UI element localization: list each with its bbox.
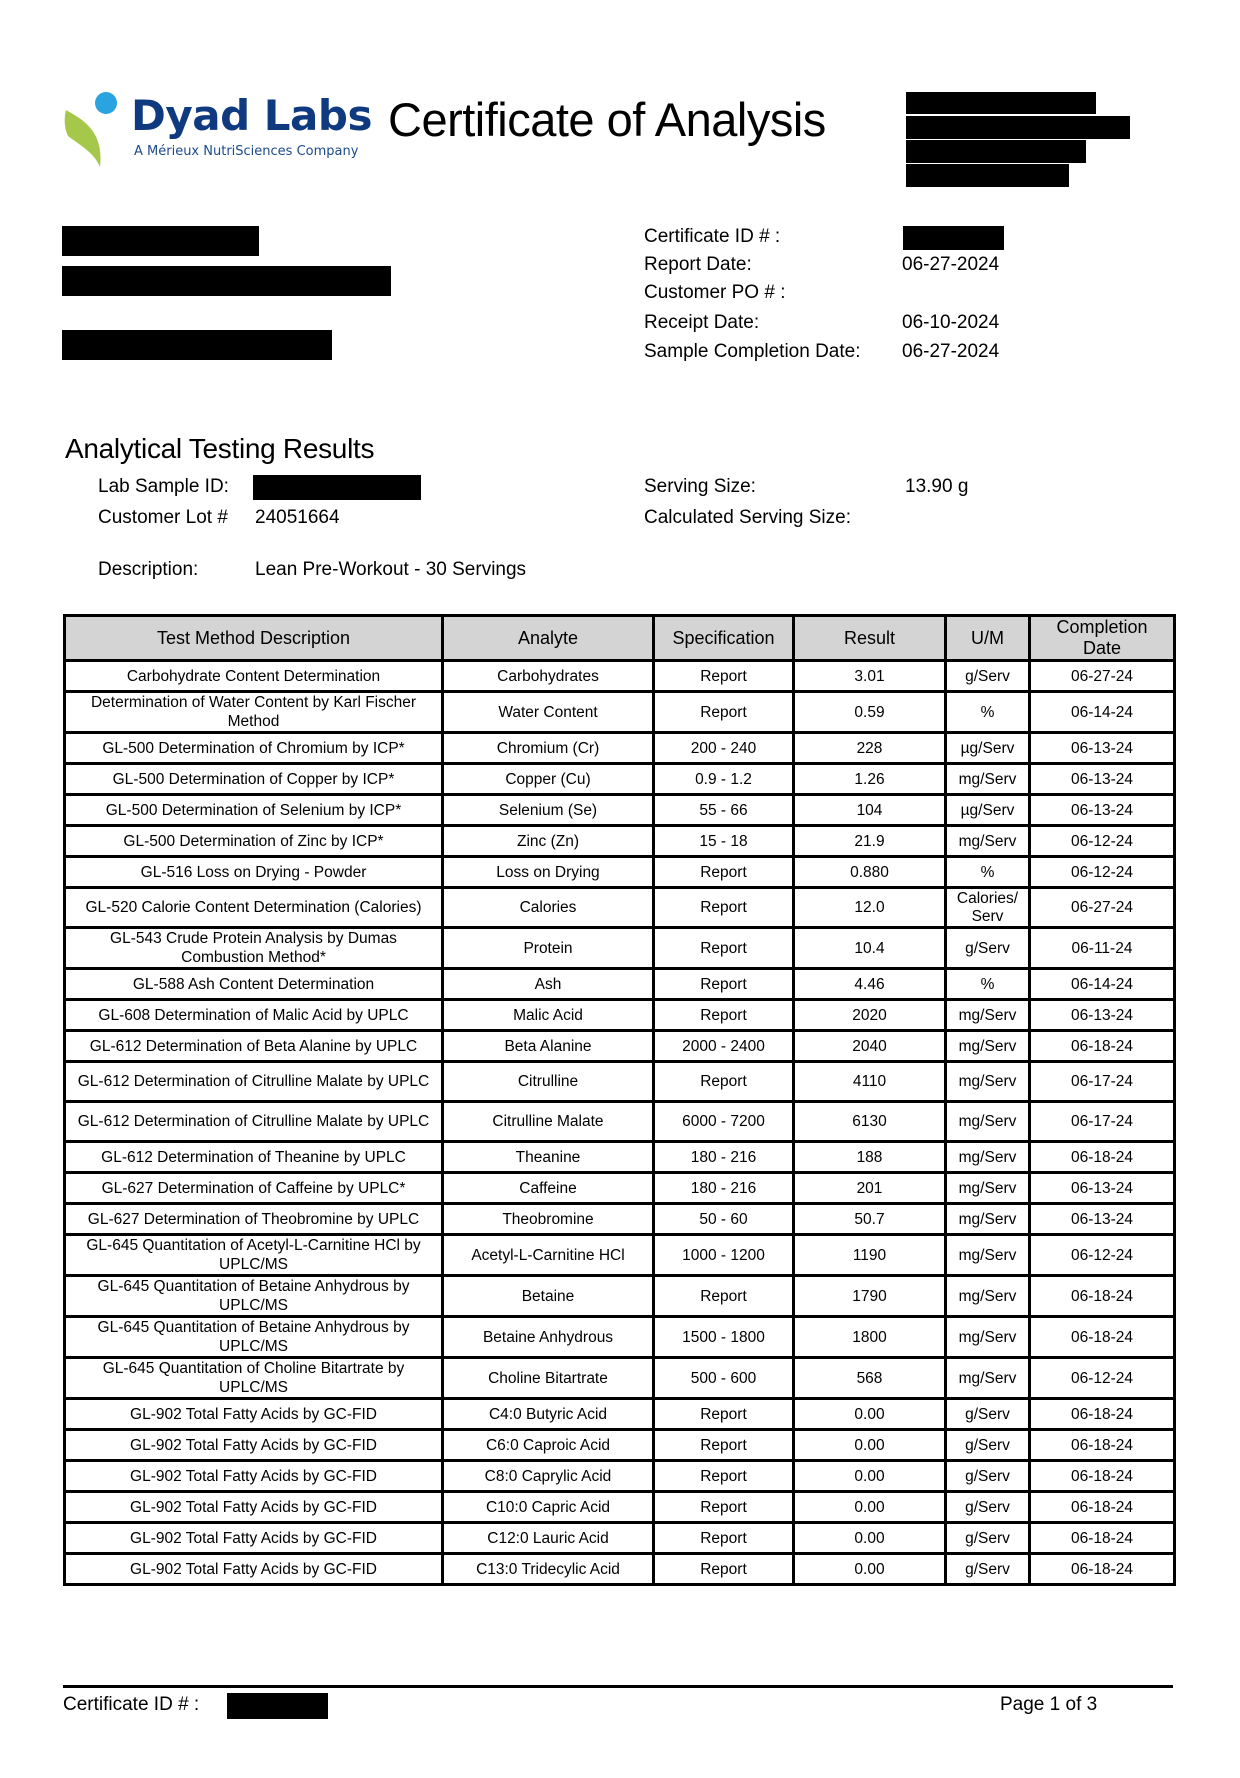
- unit-cell: mg/Serv: [946, 1062, 1030, 1102]
- unit-cell: %: [946, 857, 1030, 888]
- specification-cell: Report: [654, 661, 794, 692]
- specification-cell: Report: [654, 1461, 794, 1492]
- table-row: GL-608 Determination of Malic Acid by UP…: [65, 1000, 1175, 1031]
- test-method-cell: GL-645 Quantitation of Acetyl-L-Carnitin…: [65, 1235, 443, 1276]
- result-cell: 6130: [794, 1102, 946, 1142]
- unit-cell: g/Serv: [946, 928, 1030, 969]
- analyte-cell: Ash: [443, 969, 654, 1000]
- unit-cell: mg/Serv: [946, 764, 1030, 795]
- completion-date-cell: 06-13-24: [1030, 795, 1175, 826]
- column-header-result: Result: [794, 616, 946, 661]
- results-table: Test Method Description Analyte Specific…: [63, 614, 1176, 1586]
- redacted-customer-city: [62, 330, 332, 360]
- specification-cell: 200 - 240: [654, 733, 794, 764]
- completion-date-cell: 06-18-24: [1030, 1461, 1175, 1492]
- dyad-labs-leaf-dot-icon: [64, 92, 124, 167]
- result-cell: 4110: [794, 1062, 946, 1102]
- analyte-cell: C6:0 Caproic Acid: [443, 1430, 654, 1461]
- specification-cell: 500 - 600: [654, 1358, 794, 1399]
- unit-cell: mg/Serv: [946, 1317, 1030, 1358]
- unit-cell: mg/Serv: [946, 1031, 1030, 1062]
- result-cell: 4.46: [794, 969, 946, 1000]
- specification-cell: Report: [654, 1430, 794, 1461]
- results-table-body: Carbohydrate Content DeterminationCarboh…: [65, 661, 1175, 1585]
- table-row: GL-612 Determination of Theanine by UPLC…: [65, 1142, 1175, 1173]
- specification-cell: 6000 - 7200: [654, 1102, 794, 1142]
- table-row: GL-612 Determination of Beta Alanine by …: [65, 1031, 1175, 1062]
- unit-cell: g/Serv: [946, 1430, 1030, 1461]
- analyte-cell: Acetyl-L-Carnitine HCl: [443, 1235, 654, 1276]
- unit-cell: g/Serv: [946, 1523, 1030, 1554]
- result-cell: 50.7: [794, 1204, 946, 1235]
- result-cell: 1800: [794, 1317, 946, 1358]
- unit-cell: g/Serv: [946, 1492, 1030, 1523]
- test-method-cell: GL-645 Quantitation of Betaine Anhydrous…: [65, 1276, 443, 1317]
- test-method-cell: Determination of Water Content by Karl F…: [65, 692, 443, 733]
- table-row: GL-902 Total Fatty Acids by GC-FIDC12:0 …: [65, 1523, 1175, 1554]
- analyte-cell: C8:0 Caprylic Acid: [443, 1461, 654, 1492]
- specification-cell: Report: [654, 969, 794, 1000]
- table-row: GL-902 Total Fatty Acids by GC-FIDC10:0 …: [65, 1492, 1175, 1523]
- completion-date-cell: 06-18-24: [1030, 1492, 1175, 1523]
- unit-cell: %: [946, 969, 1030, 1000]
- unit-cell: mg/Serv: [946, 1276, 1030, 1317]
- analyte-cell: Chromium (Cr): [443, 733, 654, 764]
- redacted-lab-address-line-2: [906, 116, 1130, 139]
- specification-cell: Report: [654, 1399, 794, 1430]
- completion-date-cell: 06-18-24: [1030, 1276, 1175, 1317]
- unit-cell: mg/Serv: [946, 1142, 1030, 1173]
- result-cell: 201: [794, 1173, 946, 1204]
- completion-date-cell: 06-18-24: [1030, 1554, 1175, 1585]
- table-row: GL-627 Determination of Caffeine by UPLC…: [65, 1173, 1175, 1204]
- specification-cell: 180 - 216: [654, 1173, 794, 1204]
- specification-cell: 180 - 216: [654, 1142, 794, 1173]
- analyte-cell: Loss on Drying: [443, 857, 654, 888]
- serving-size-label: Serving Size:: [644, 476, 756, 498]
- result-cell: 0.00: [794, 1492, 946, 1523]
- table-row: GL-520 Calorie Content Determination (Ca…: [65, 888, 1175, 928]
- certificate-id-label: Certificate ID # :: [644, 226, 780, 248]
- redacted-lab-address-line-3: [906, 140, 1086, 163]
- test-method-cell: GL-612 Determination of Citrulline Malat…: [65, 1102, 443, 1142]
- redacted-lab-sample-id: [253, 475, 421, 500]
- result-cell: 188: [794, 1142, 946, 1173]
- result-cell: 0.59: [794, 692, 946, 733]
- analyte-cell: C12:0 Lauric Acid: [443, 1523, 654, 1554]
- result-cell: 0.00: [794, 1399, 946, 1430]
- completion-date-cell: 06-13-24: [1030, 1204, 1175, 1235]
- analyte-cell: Caffeine: [443, 1173, 654, 1204]
- table-row: GL-516 Loss on Drying - PowderLoss on Dr…: [65, 857, 1175, 888]
- page-number: Page 1 of 3: [1000, 1693, 1097, 1717]
- completion-date-cell: 06-27-24: [1030, 888, 1175, 928]
- completion-date-cell: 06-13-24: [1030, 1000, 1175, 1031]
- result-cell: 12.0: [794, 888, 946, 928]
- analyte-cell: C4:0 Butyric Acid: [443, 1399, 654, 1430]
- result-cell: 21.9: [794, 826, 946, 857]
- result-cell: 3.01: [794, 661, 946, 692]
- specification-cell: 1500 - 1800: [654, 1317, 794, 1358]
- table-row: Determination of Water Content by Karl F…: [65, 692, 1175, 733]
- test-method-cell: GL-612 Determination of Citrulline Malat…: [65, 1062, 443, 1102]
- description-label: Description:: [98, 559, 198, 581]
- table-row: GL-902 Total Fatty Acids by GC-FIDC13:0 …: [65, 1554, 1175, 1585]
- sample-completion-date-label: Sample Completion Date:: [644, 341, 861, 363]
- test-method-cell: GL-543 Crude Protein Analysis by Dumas C…: [65, 928, 443, 969]
- table-row: GL-500 Determination of Zinc by ICP*Zinc…: [65, 826, 1175, 857]
- specification-cell: Report: [654, 1554, 794, 1585]
- specification-cell: Report: [654, 888, 794, 928]
- specification-cell: Report: [654, 1492, 794, 1523]
- section-title: Analytical Testing Results: [65, 432, 374, 466]
- result-cell: 0.880: [794, 857, 946, 888]
- unit-cell: mg/Serv: [946, 1204, 1030, 1235]
- analyte-cell: Theobromine: [443, 1204, 654, 1235]
- specification-cell: Report: [654, 1276, 794, 1317]
- report-date-value: 06-27-2024: [902, 254, 999, 276]
- specification-cell: Report: [654, 1000, 794, 1031]
- redacted-customer-name: [62, 226, 259, 256]
- completion-date-cell: 06-12-24: [1030, 1235, 1175, 1276]
- table-row: GL-612 Determination of Citrulline Malat…: [65, 1062, 1175, 1102]
- test-method-cell: GL-612 Determination of Beta Alanine by …: [65, 1031, 443, 1062]
- unit-cell: g/Serv: [946, 1399, 1030, 1430]
- analyte-cell: C13:0 Tridecylic Acid: [443, 1554, 654, 1585]
- analyte-cell: Choline Bitartrate: [443, 1358, 654, 1399]
- table-row: GL-645 Quantitation of Acetyl-L-Carnitin…: [65, 1235, 1175, 1276]
- specification-cell: 0.9 - 1.2: [654, 764, 794, 795]
- unit-cell: mg/Serv: [946, 1173, 1030, 1204]
- sample-completion-date-value: 06-27-2024: [902, 341, 999, 363]
- result-cell: 2020: [794, 1000, 946, 1031]
- completion-date-cell: 06-12-24: [1030, 857, 1175, 888]
- redacted-customer-address: [62, 266, 391, 296]
- table-row: GL-627 Determination of Theobromine by U…: [65, 1204, 1175, 1235]
- analyte-cell: Betaine: [443, 1276, 654, 1317]
- result-cell: 1.26: [794, 764, 946, 795]
- document-title: Certificate of Analysis: [388, 92, 826, 148]
- column-header-specification: Specification: [654, 616, 794, 661]
- table-row: GL-902 Total Fatty Acids by GC-FIDC4:0 B…: [65, 1399, 1175, 1430]
- table-row: GL-645 Quantitation of Betaine Anhydrous…: [65, 1317, 1175, 1358]
- unit-cell: g/Serv: [946, 1461, 1030, 1492]
- unit-cell: µg/Serv: [946, 795, 1030, 826]
- analyte-cell: Copper (Cu): [443, 764, 654, 795]
- result-cell: 0.00: [794, 1523, 946, 1554]
- specification-cell: 15 - 18: [654, 826, 794, 857]
- specification-cell: 50 - 60: [654, 1204, 794, 1235]
- customer-lot-value: 24051664: [255, 507, 340, 529]
- test-method-cell: GL-516 Loss on Drying - Powder: [65, 857, 443, 888]
- redacted-certificate-id: [903, 226, 1004, 250]
- test-method-cell: GL-902 Total Fatty Acids by GC-FID: [65, 1399, 443, 1430]
- unit-cell: mg/Serv: [946, 1102, 1030, 1142]
- receipt-date-value: 06-10-2024: [902, 312, 999, 334]
- result-cell: 0.00: [794, 1461, 946, 1492]
- table-row: GL-500 Determination of Copper by ICP*Co…: [65, 764, 1175, 795]
- completion-date-cell: 06-14-24: [1030, 692, 1175, 733]
- test-method-cell: GL-902 Total Fatty Acids by GC-FID: [65, 1554, 443, 1585]
- table-header-row: Test Method Description Analyte Specific…: [65, 616, 1175, 661]
- specification-cell: 55 - 66: [654, 795, 794, 826]
- test-method-cell: GL-902 Total Fatty Acids by GC-FID: [65, 1492, 443, 1523]
- test-method-cell: Carbohydrate Content Determination: [65, 661, 443, 692]
- completion-date-cell: 06-12-24: [1030, 826, 1175, 857]
- specification-cell: 1000 - 1200: [654, 1235, 794, 1276]
- result-cell: 568: [794, 1358, 946, 1399]
- footer-divider: [63, 1685, 1173, 1688]
- column-header-analyte: Analyte: [443, 616, 654, 661]
- customer-po-label: Customer PO # :: [644, 282, 786, 304]
- test-method-cell: GL-500 Determination of Selenium by ICP*: [65, 795, 443, 826]
- completion-date-cell: 06-14-24: [1030, 969, 1175, 1000]
- result-cell: 0.00: [794, 1554, 946, 1585]
- completion-date-cell: 06-27-24: [1030, 661, 1175, 692]
- result-cell: 228: [794, 733, 946, 764]
- column-header-test-method: Test Method Description: [65, 616, 443, 661]
- redacted-lab-address-line-4: [906, 164, 1069, 187]
- table-row: Carbohydrate Content DeterminationCarboh…: [65, 661, 1175, 692]
- test-method-cell: GL-608 Determination of Malic Acid by UP…: [65, 1000, 443, 1031]
- table-row: GL-902 Total Fatty Acids by GC-FIDC8:0 C…: [65, 1461, 1175, 1492]
- analyte-cell: Betaine Anhydrous: [443, 1317, 654, 1358]
- completion-date-cell: 06-12-24: [1030, 1358, 1175, 1399]
- table-row: GL-645 Quantitation of Choline Bitartrat…: [65, 1358, 1175, 1399]
- completion-date-cell: 06-17-24: [1030, 1062, 1175, 1102]
- test-method-cell: GL-902 Total Fatty Acids by GC-FID: [65, 1430, 443, 1461]
- analyte-cell: Beta Alanine: [443, 1031, 654, 1062]
- test-method-cell: GL-902 Total Fatty Acids by GC-FID: [65, 1523, 443, 1554]
- receipt-date-label: Receipt Date:: [644, 312, 759, 334]
- test-method-cell: GL-500 Determination of Zinc by ICP*: [65, 826, 443, 857]
- test-method-cell: GL-627 Determination of Caffeine by UPLC…: [65, 1173, 443, 1204]
- test-method-cell: GL-645 Quantitation of Choline Bitartrat…: [65, 1358, 443, 1399]
- table-row: GL-543 Crude Protein Analysis by Dumas C…: [65, 928, 1175, 969]
- brand-tagline: A Mérieux NutriSciences Company: [134, 144, 358, 159]
- analyte-cell: Selenium (Se): [443, 795, 654, 826]
- analyte-cell: Zinc (Zn): [443, 826, 654, 857]
- completion-date-cell: 06-13-24: [1030, 764, 1175, 795]
- analyte-cell: Water Content: [443, 692, 654, 733]
- analyte-cell: Theanine: [443, 1142, 654, 1173]
- report-date-label: Report Date:: [644, 254, 752, 276]
- serving-size-value: 13.90 g: [905, 476, 968, 498]
- result-cell: 2040: [794, 1031, 946, 1062]
- completion-date-cell: 06-11-24: [1030, 928, 1175, 969]
- customer-lot-label: Customer Lot #: [98, 507, 228, 529]
- table-row: GL-902 Total Fatty Acids by GC-FIDC6:0 C…: [65, 1430, 1175, 1461]
- test-method-cell: GL-500 Determination of Chromium by ICP*: [65, 733, 443, 764]
- unit-cell: mg/Serv: [946, 826, 1030, 857]
- completion-date-cell: 06-18-24: [1030, 1142, 1175, 1173]
- dyad-labs-logo: Dyad Labs A Mérieux NutriSciences Compan…: [64, 92, 384, 172]
- analyte-cell: C10:0 Capric Acid: [443, 1492, 654, 1523]
- completion-date-cell: 06-18-24: [1030, 1430, 1175, 1461]
- analyte-cell: Protein: [443, 928, 654, 969]
- completion-date-cell: 06-18-24: [1030, 1317, 1175, 1358]
- result-cell: 1190: [794, 1235, 946, 1276]
- brand-name: Dyad Labs: [131, 92, 372, 140]
- unit-cell: µg/Serv: [946, 733, 1030, 764]
- table-row: GL-500 Determination of Chromium by ICP*…: [65, 733, 1175, 764]
- specification-cell: 2000 - 2400: [654, 1031, 794, 1062]
- test-method-cell: GL-627 Determination of Theobromine by U…: [65, 1204, 443, 1235]
- result-cell: 10.4: [794, 928, 946, 969]
- specification-cell: Report: [654, 1523, 794, 1554]
- table-row: GL-645 Quantitation of Betaine Anhydrous…: [65, 1276, 1175, 1317]
- description-value: Lean Pre-Workout - 30 Servings: [255, 559, 526, 581]
- unit-cell: Calories/ Serv: [946, 888, 1030, 928]
- column-header-completion-date: Completion Date: [1030, 616, 1175, 661]
- completion-date-cell: 06-17-24: [1030, 1102, 1175, 1142]
- test-method-cell: GL-588 Ash Content Determination: [65, 969, 443, 1000]
- table-row: GL-500 Determination of Selenium by ICP*…: [65, 795, 1175, 826]
- test-method-cell: GL-902 Total Fatty Acids by GC-FID: [65, 1461, 443, 1492]
- unit-cell: g/Serv: [946, 1554, 1030, 1585]
- specification-cell: Report: [654, 857, 794, 888]
- completion-date-cell: 06-18-24: [1030, 1399, 1175, 1430]
- specification-cell: Report: [654, 1062, 794, 1102]
- test-method-cell: GL-500 Determination of Copper by ICP*: [65, 764, 443, 795]
- specification-cell: Report: [654, 928, 794, 969]
- lab-sample-id-label: Lab Sample ID:: [98, 476, 229, 498]
- analyte-cell: Citrulline: [443, 1062, 654, 1102]
- completion-date-cell: 06-18-24: [1030, 1523, 1175, 1554]
- unit-cell: %: [946, 692, 1030, 733]
- result-cell: 104: [794, 795, 946, 826]
- analyte-cell: Malic Acid: [443, 1000, 654, 1031]
- column-header-um: U/M: [946, 616, 1030, 661]
- unit-cell: g/Serv: [946, 661, 1030, 692]
- analyte-cell: Calories: [443, 888, 654, 928]
- test-method-cell: GL-612 Determination of Theanine by UPLC: [65, 1142, 443, 1173]
- footer-certificate-id-label: Certificate ID # :: [63, 1693, 199, 1717]
- unit-cell: mg/Serv: [946, 1000, 1030, 1031]
- test-method-cell: GL-520 Calorie Content Determination (Ca…: [65, 888, 443, 928]
- redacted-footer-certificate-id: [227, 1693, 328, 1719]
- specification-cell: Report: [654, 692, 794, 733]
- unit-cell: mg/Serv: [946, 1358, 1030, 1399]
- completion-date-cell: 06-18-24: [1030, 1031, 1175, 1062]
- completion-date-cell: 06-13-24: [1030, 733, 1175, 764]
- table-row: GL-588 Ash Content DeterminationAshRepor…: [65, 969, 1175, 1000]
- unit-cell: mg/Serv: [946, 1235, 1030, 1276]
- redacted-lab-address-line-1: [906, 92, 1096, 114]
- analyte-cell: Citrulline Malate: [443, 1102, 654, 1142]
- result-cell: 0.00: [794, 1430, 946, 1461]
- analyte-cell: Carbohydrates: [443, 661, 654, 692]
- completion-date-cell: 06-13-24: [1030, 1173, 1175, 1204]
- result-cell: 1790: [794, 1276, 946, 1317]
- test-method-cell: GL-645 Quantitation of Betaine Anhydrous…: [65, 1317, 443, 1358]
- table-row: GL-612 Determination of Citrulline Malat…: [65, 1102, 1175, 1142]
- calculated-serving-size-label: Calculated Serving Size:: [644, 507, 851, 529]
